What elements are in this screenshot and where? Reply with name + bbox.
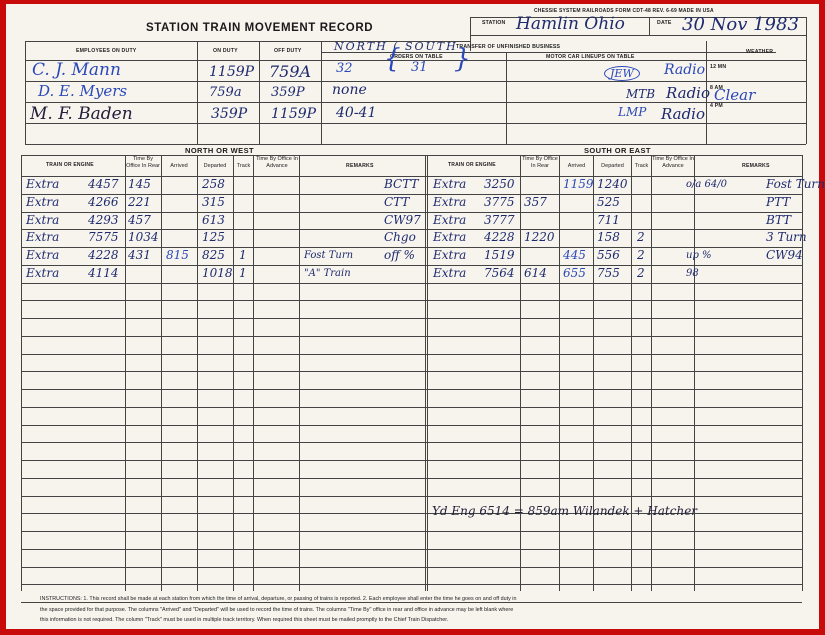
motor-car-via[interactable]: Radio (664, 62, 705, 78)
north-west-title: NORTH OR WEST (185, 146, 254, 155)
orders-north[interactable]: none (332, 82, 367, 98)
train-name[interactable]: Extra (433, 230, 466, 244)
south-remarks-header: REMARKS (742, 163, 770, 169)
north-departed-header: Departed (198, 163, 232, 170)
engine-number[interactable]: 4228 (484, 230, 515, 244)
time-office-rear[interactable]: 1220 (524, 230, 555, 244)
departed-time[interactable]: 755 (597, 266, 620, 280)
remarks-note[interactable]: 98 (686, 268, 699, 279)
brace-icon: } (454, 44, 471, 74)
train-name[interactable]: Extra (433, 213, 466, 227)
engine-number[interactable]: 4228 (88, 248, 119, 262)
employee-name[interactable]: D. E. Myers (38, 82, 127, 100)
south-arrived-header: Arrived (560, 163, 593, 170)
remarks[interactable]: 3 Turn (766, 230, 807, 244)
departed-time[interactable]: 158 (597, 230, 620, 244)
track-number[interactable]: 1 (239, 248, 247, 262)
remarks[interactable]: BCTT (384, 177, 418, 191)
time-office-rear[interactable]: 357 (524, 195, 547, 209)
remarks-note[interactable]: Fost Turn (304, 250, 353, 261)
employees-header: EMPLOYEES ON DUTY (76, 48, 136, 54)
track-number[interactable]: 2 (637, 230, 645, 244)
off-duty-time[interactable]: 1159P (271, 106, 316, 122)
engine-number[interactable]: 1519 (484, 248, 515, 262)
south-train-header: TRAIN OR ENGINE (448, 162, 496, 168)
arrived-time[interactable]: 1159 (563, 177, 594, 191)
south-rear-header: Time By Office In Rear (521, 156, 559, 169)
train-name[interactable]: Extra (26, 213, 59, 227)
departed-time[interactable]: 315 (202, 195, 225, 209)
form-page: STATION TRAIN MOVEMENT RECORD CHESSIE SY… (6, 4, 819, 629)
track-number[interactable]: 1 (239, 266, 247, 280)
time-office-rear[interactable]: 1034 (128, 230, 159, 244)
off-duty-header: OFF DUTY (274, 48, 302, 54)
south-advance-header: Time By Office In Advance (652, 156, 694, 169)
remarks[interactable]: CTT (384, 195, 409, 209)
instructions-line: this information is not required. The co… (40, 615, 800, 626)
departed-time[interactable]: 613 (202, 213, 225, 227)
instructions-line: INSTRUCTIONS: 1. This record shall be ma… (40, 594, 800, 605)
brace-icon: { (384, 44, 401, 74)
station-label: STATION (482, 20, 505, 26)
departed-time[interactable]: 825 (202, 248, 225, 262)
weather-value[interactable]: Clear (714, 86, 755, 104)
engine-number[interactable]: 3775 (484, 195, 515, 209)
motor-car-via[interactable]: Radio (666, 84, 710, 102)
remarks[interactable]: Chgo (384, 230, 416, 244)
form-title: STATION TRAIN MOVEMENT RECORD (146, 22, 373, 34)
north-arrived-header: Arrived (162, 163, 196, 170)
arrived-time[interactable]: 445 (563, 248, 586, 262)
engine-number[interactable]: 4293 (88, 213, 119, 227)
north-advance-header: Time By Office In Advance (255, 156, 299, 169)
train-name[interactable]: Extra (433, 195, 466, 209)
motor-car-initials[interactable]: LMP (618, 105, 646, 119)
time-office-rear[interactable]: 145 (128, 177, 151, 191)
date-label: DATE (657, 20, 672, 26)
remarks[interactable]: CW97 (384, 213, 421, 227)
departed-time[interactable]: 556 (597, 248, 620, 262)
yard-engine-note[interactable]: Yd Eng 6514 = 859am Wilandek + Hatcher (432, 504, 697, 518)
train-name[interactable]: Extra (433, 266, 466, 280)
arrived-time[interactable]: 655 (563, 266, 586, 280)
train-name[interactable]: Extra (26, 230, 59, 244)
motor-car-via[interactable]: Radio (661, 105, 705, 123)
instructions: INSTRUCTIONS: 1. This record shall be ma… (40, 594, 800, 626)
engine-number[interactable]: 7575 (88, 230, 119, 244)
north-rear-header: Time By Office In Rear (126, 156, 160, 169)
time-office-rear[interactable]: 431 (128, 248, 151, 262)
train-name[interactable]: Extra (26, 248, 59, 262)
train-name[interactable]: Extra (26, 177, 59, 191)
orders-north[interactable]: 32 (336, 61, 353, 76)
remarks[interactable]: Fost Turn (766, 177, 825, 191)
departed-time[interactable]: 525 (597, 195, 620, 209)
remarks-note[interactable]: "A" Train (304, 268, 351, 279)
weather-header: WEATHER (746, 49, 773, 55)
motor-car-initials[interactable]: MTB (626, 87, 655, 101)
off-duty-time[interactable]: 359P (271, 85, 305, 100)
departed-time[interactable]: 258 (202, 177, 225, 191)
remarks-note[interactable]: up % (686, 250, 712, 261)
orders-north[interactable]: 40-41 (336, 105, 376, 121)
engine-number[interactable]: 4266 (88, 195, 119, 209)
engine-number[interactable]: 4114 (88, 266, 119, 280)
on-duty-time[interactable]: 759a (209, 85, 242, 100)
train-name[interactable]: Extra (433, 177, 466, 191)
weather-time-label: 12 MN (710, 64, 726, 70)
engine-number[interactable]: 7564 (484, 266, 515, 280)
track-number[interactable]: 2 (637, 248, 645, 262)
on-duty-time[interactable]: 359P (211, 106, 247, 122)
engine-number[interactable]: 3250 (484, 177, 515, 191)
employee-name[interactable]: M. F. Baden (30, 104, 133, 124)
on-duty-header: ON DUTY (213, 48, 238, 54)
train-name[interactable]: Extra (433, 248, 466, 262)
remarks-note[interactable]: o/a 64/0 (686, 179, 727, 190)
departed-time[interactable]: 1240 (597, 177, 628, 191)
motor-car-header: MOTOR CAR LINEUPS ON TABLE (546, 54, 635, 60)
date-field[interactable]: 30 Nov 1983 (682, 14, 799, 35)
remarks[interactable]: CW94 (766, 248, 803, 262)
engine-number[interactable]: 3777 (484, 213, 515, 227)
engine-number[interactable]: 4457 (88, 177, 119, 191)
track-number[interactable]: 2 (637, 266, 645, 280)
departed-time[interactable]: 711 (597, 213, 620, 227)
off-duty-time[interactable]: 759A (269, 62, 311, 81)
remarks[interactable]: off % (384, 248, 415, 262)
north-remarks-header: REMARKS (346, 163, 374, 169)
orders-south[interactable]: 31 (411, 60, 428, 75)
departed-time[interactable]: 1018 (202, 266, 233, 280)
on-duty-time[interactable]: 1159P (209, 64, 254, 80)
arrived-time[interactable]: 815 (166, 248, 189, 262)
south-east-title: SOUTH OR EAST (584, 146, 651, 155)
employee-name[interactable]: C. J. Mann (32, 60, 121, 80)
remarks[interactable]: PTT (766, 195, 790, 209)
south-departed-header: Departed (594, 163, 631, 170)
weather-time-label: 4 PM (710, 103, 723, 109)
transfer-header: TRANSFER OF UNFINISHED BUSINESS (456, 44, 560, 50)
train-name[interactable]: Extra (26, 266, 59, 280)
instructions-line: the space provided for that purpose. The… (40, 605, 800, 616)
time-office-rear[interactable]: 221 (128, 195, 151, 209)
station-field[interactable]: Hamlin Ohio (516, 14, 625, 34)
train-name[interactable]: Extra (26, 195, 59, 209)
north-track-header: Track (234, 163, 253, 170)
remarks[interactable]: BTT (766, 213, 791, 227)
departed-time[interactable]: 125 (202, 230, 225, 244)
motor-car-initials[interactable]: JEW (604, 66, 640, 81)
south-track-header: Track (632, 163, 651, 170)
time-office-rear[interactable]: 457 (128, 213, 151, 227)
time-office-rear[interactable]: 614 (524, 266, 547, 280)
north-train-header: TRAIN OR ENGINE (46, 162, 94, 168)
